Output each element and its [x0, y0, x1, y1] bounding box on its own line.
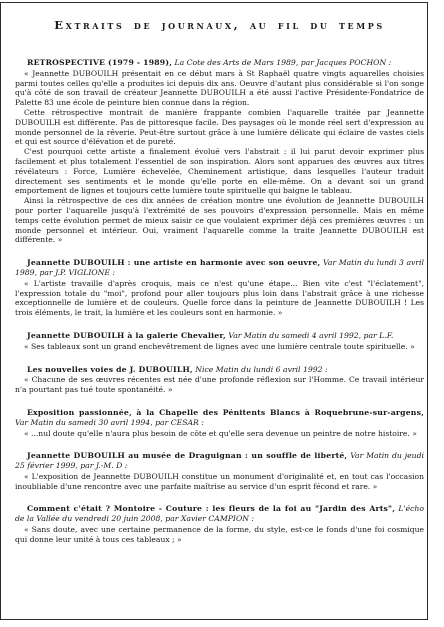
article-paragraph: « L'artiste travaille d'après croquis, m…	[15, 279, 424, 318]
article-exposition-passionnee: Exposition passionnée, à la Chapelle des…	[15, 408, 424, 438]
article-heading: Les nouvelles voies de J. DUBOUILH, Nice…	[15, 365, 424, 375]
article-galerie-chevalier: Jeannette DUBOUILH à la galerie Chevalie…	[15, 331, 424, 352]
article-heading: RETROSPECTIVE (1979 - 1989), La Cote des…	[15, 58, 424, 68]
article-paragraph: « ...nul doute qu'elle n'aura plus besoi…	[15, 429, 424, 439]
article-heading-title: Les nouvelles voies de J. DUBOUILH,	[27, 365, 193, 374]
article-heading-source: La Cote des Arts de Mars 1989, par Jacqu…	[175, 58, 392, 67]
article-heading: Jeannette DUBOUILH à la galerie Chevalie…	[15, 331, 424, 341]
article-nouvelles-voies: Les nouvelles voies de J. DUBOUILH, Nice…	[15, 365, 424, 395]
article-heading: Jeannette DUBOUILH au musée de Draguigna…	[15, 451, 424, 471]
article-paragraph: Ainsi la rétrospective de ces dix années…	[15, 196, 424, 245]
page-content: Extraits de journaux, au fil du temps RE…	[15, 12, 424, 558]
article-paragraph: « Jeannette DUBOUILH présentait en ce dé…	[15, 69, 424, 108]
article-heading-title: Jeannette DUBOUILH : une artiste en harm…	[27, 258, 320, 267]
article-heading-title: Exposition passionnée, à la Chapelle des…	[27, 408, 424, 417]
article-heading-source: Nice Matin du lundi 6 avril 1992 :	[195, 365, 327, 374]
article-heading: Jeannette DUBOUILH : une artiste en harm…	[15, 258, 424, 278]
article-heading: Comment c'était ? Montoire - Couture : l…	[15, 504, 424, 524]
article-paragraph: Cette rétrospective montrait de manière …	[15, 108, 424, 147]
article-paragraph: C'est pourquoi cette artiste a finalemen…	[15, 147, 424, 196]
article-paragraph: « Chacune de ses œuvres récentes est née…	[15, 375, 424, 395]
article-paragraph: « L'exposition de Jeannette DUBOUILH con…	[15, 472, 424, 492]
article-heading-title: Jeannette DUBOUILH à la galerie Chevalie…	[27, 331, 226, 340]
article-musee-draguignan: Jeannette DUBOUILH au musée de Draguigna…	[15, 451, 424, 491]
article-heading-title: Jeannette DUBOUILH au musée de Draguigna…	[27, 451, 347, 460]
article-paragraph: « Sans doute, avec une certaine permanen…	[15, 525, 424, 545]
article-heading: Exposition passionnée, à la Chapelle des…	[15, 408, 424, 428]
article-heading-title: Comment c'était ? Montoire - Couture : l…	[27, 504, 395, 513]
article-heading-source: Var Matin du samedi 4 avril 1992, par L.…	[228, 331, 393, 340]
article-retrospective: RETROSPECTIVE (1979 - 1989), La Cote des…	[15, 58, 424, 245]
article-heading-title: RETROSPECTIVE (1979 - 1989),	[27, 58, 172, 67]
article-harmonie: Jeannette DUBOUILH : une artiste en harm…	[15, 258, 424, 318]
article-jardin-des-arts: Comment c'était ? Montoire - Couture : l…	[15, 504, 424, 544]
document-page: Extraits de journaux, au fil du temps RE…	[0, 0, 444, 627]
article-heading-source: Var Matin du samedi 30 avril 1994, par C…	[15, 418, 204, 427]
article-paragraph: « Ses tableaux sont un grand enchevêtrem…	[15, 342, 424, 352]
page-title: Extraits de journaux, au fil du temps	[15, 18, 424, 32]
